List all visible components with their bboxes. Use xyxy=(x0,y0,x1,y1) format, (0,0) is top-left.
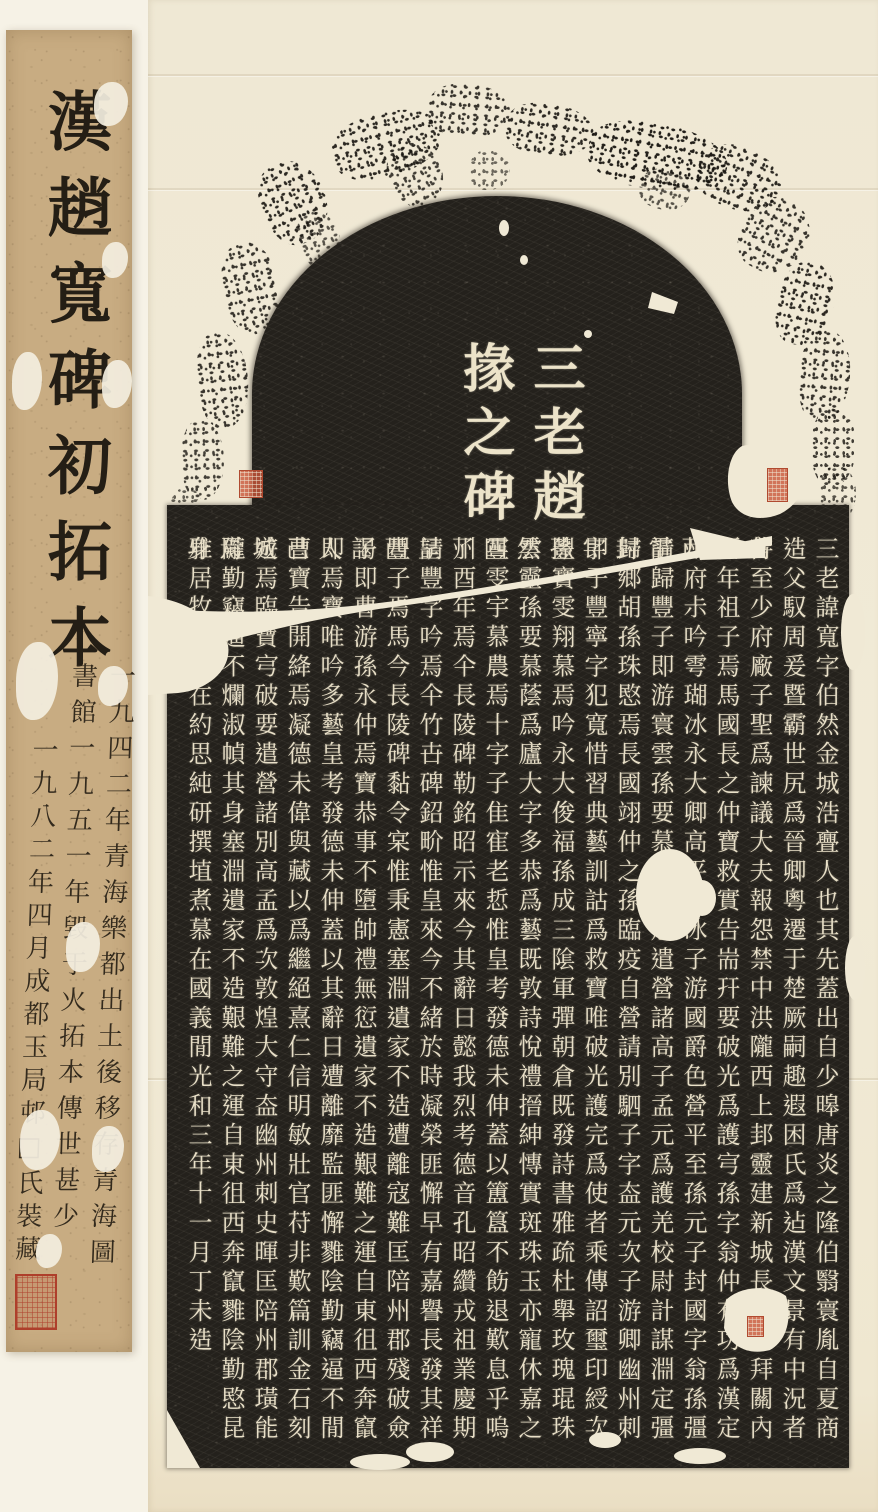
mid-right-loss xyxy=(688,880,716,916)
strip-colophon: 一九四二年青海樂都出土後移存青海圖 書館一九五一年毀于火拓本傳世甚少 一九八二年… xyxy=(14,662,128,1342)
diagonal-crack xyxy=(150,536,772,656)
bottom-edge-nick xyxy=(406,1442,454,1462)
paper-abrasion xyxy=(94,82,128,126)
dome-speck xyxy=(584,330,592,338)
right-edge-nick xyxy=(841,594,865,670)
label-strip: 漢趙寬碑初拓本 一九四二年青海樂都出土後移存青海圖 書館一九五一年毀于火拓本傳世… xyxy=(6,30,132,1352)
red-seal-small xyxy=(747,1316,764,1337)
paper-abrasion xyxy=(102,360,132,408)
dome-speck xyxy=(499,220,509,236)
bottom-edge-nick xyxy=(674,1448,726,1464)
left-edge-notch xyxy=(148,596,228,695)
right-edge-nick xyxy=(845,936,865,1000)
scroll-photograph: 三老趙 掾之碑 三老諱寬字伯然金城浩亹人也其先蓋出自少暤唐炎之隆伯翳寰胤自夏商造… xyxy=(0,0,878,1512)
red-seal-right xyxy=(767,468,788,502)
collector-seal-icon xyxy=(15,1274,57,1330)
dome-speck xyxy=(520,255,528,265)
dome-edge-nick xyxy=(648,292,678,314)
bottom-edge-nick xyxy=(589,1432,621,1448)
bottom-edge-nick xyxy=(350,1454,410,1470)
top-right-streak xyxy=(690,528,765,560)
red-seal-left xyxy=(239,470,263,498)
paper-abrasion xyxy=(102,242,128,278)
bottom-left-corner-loss xyxy=(167,1410,200,1468)
